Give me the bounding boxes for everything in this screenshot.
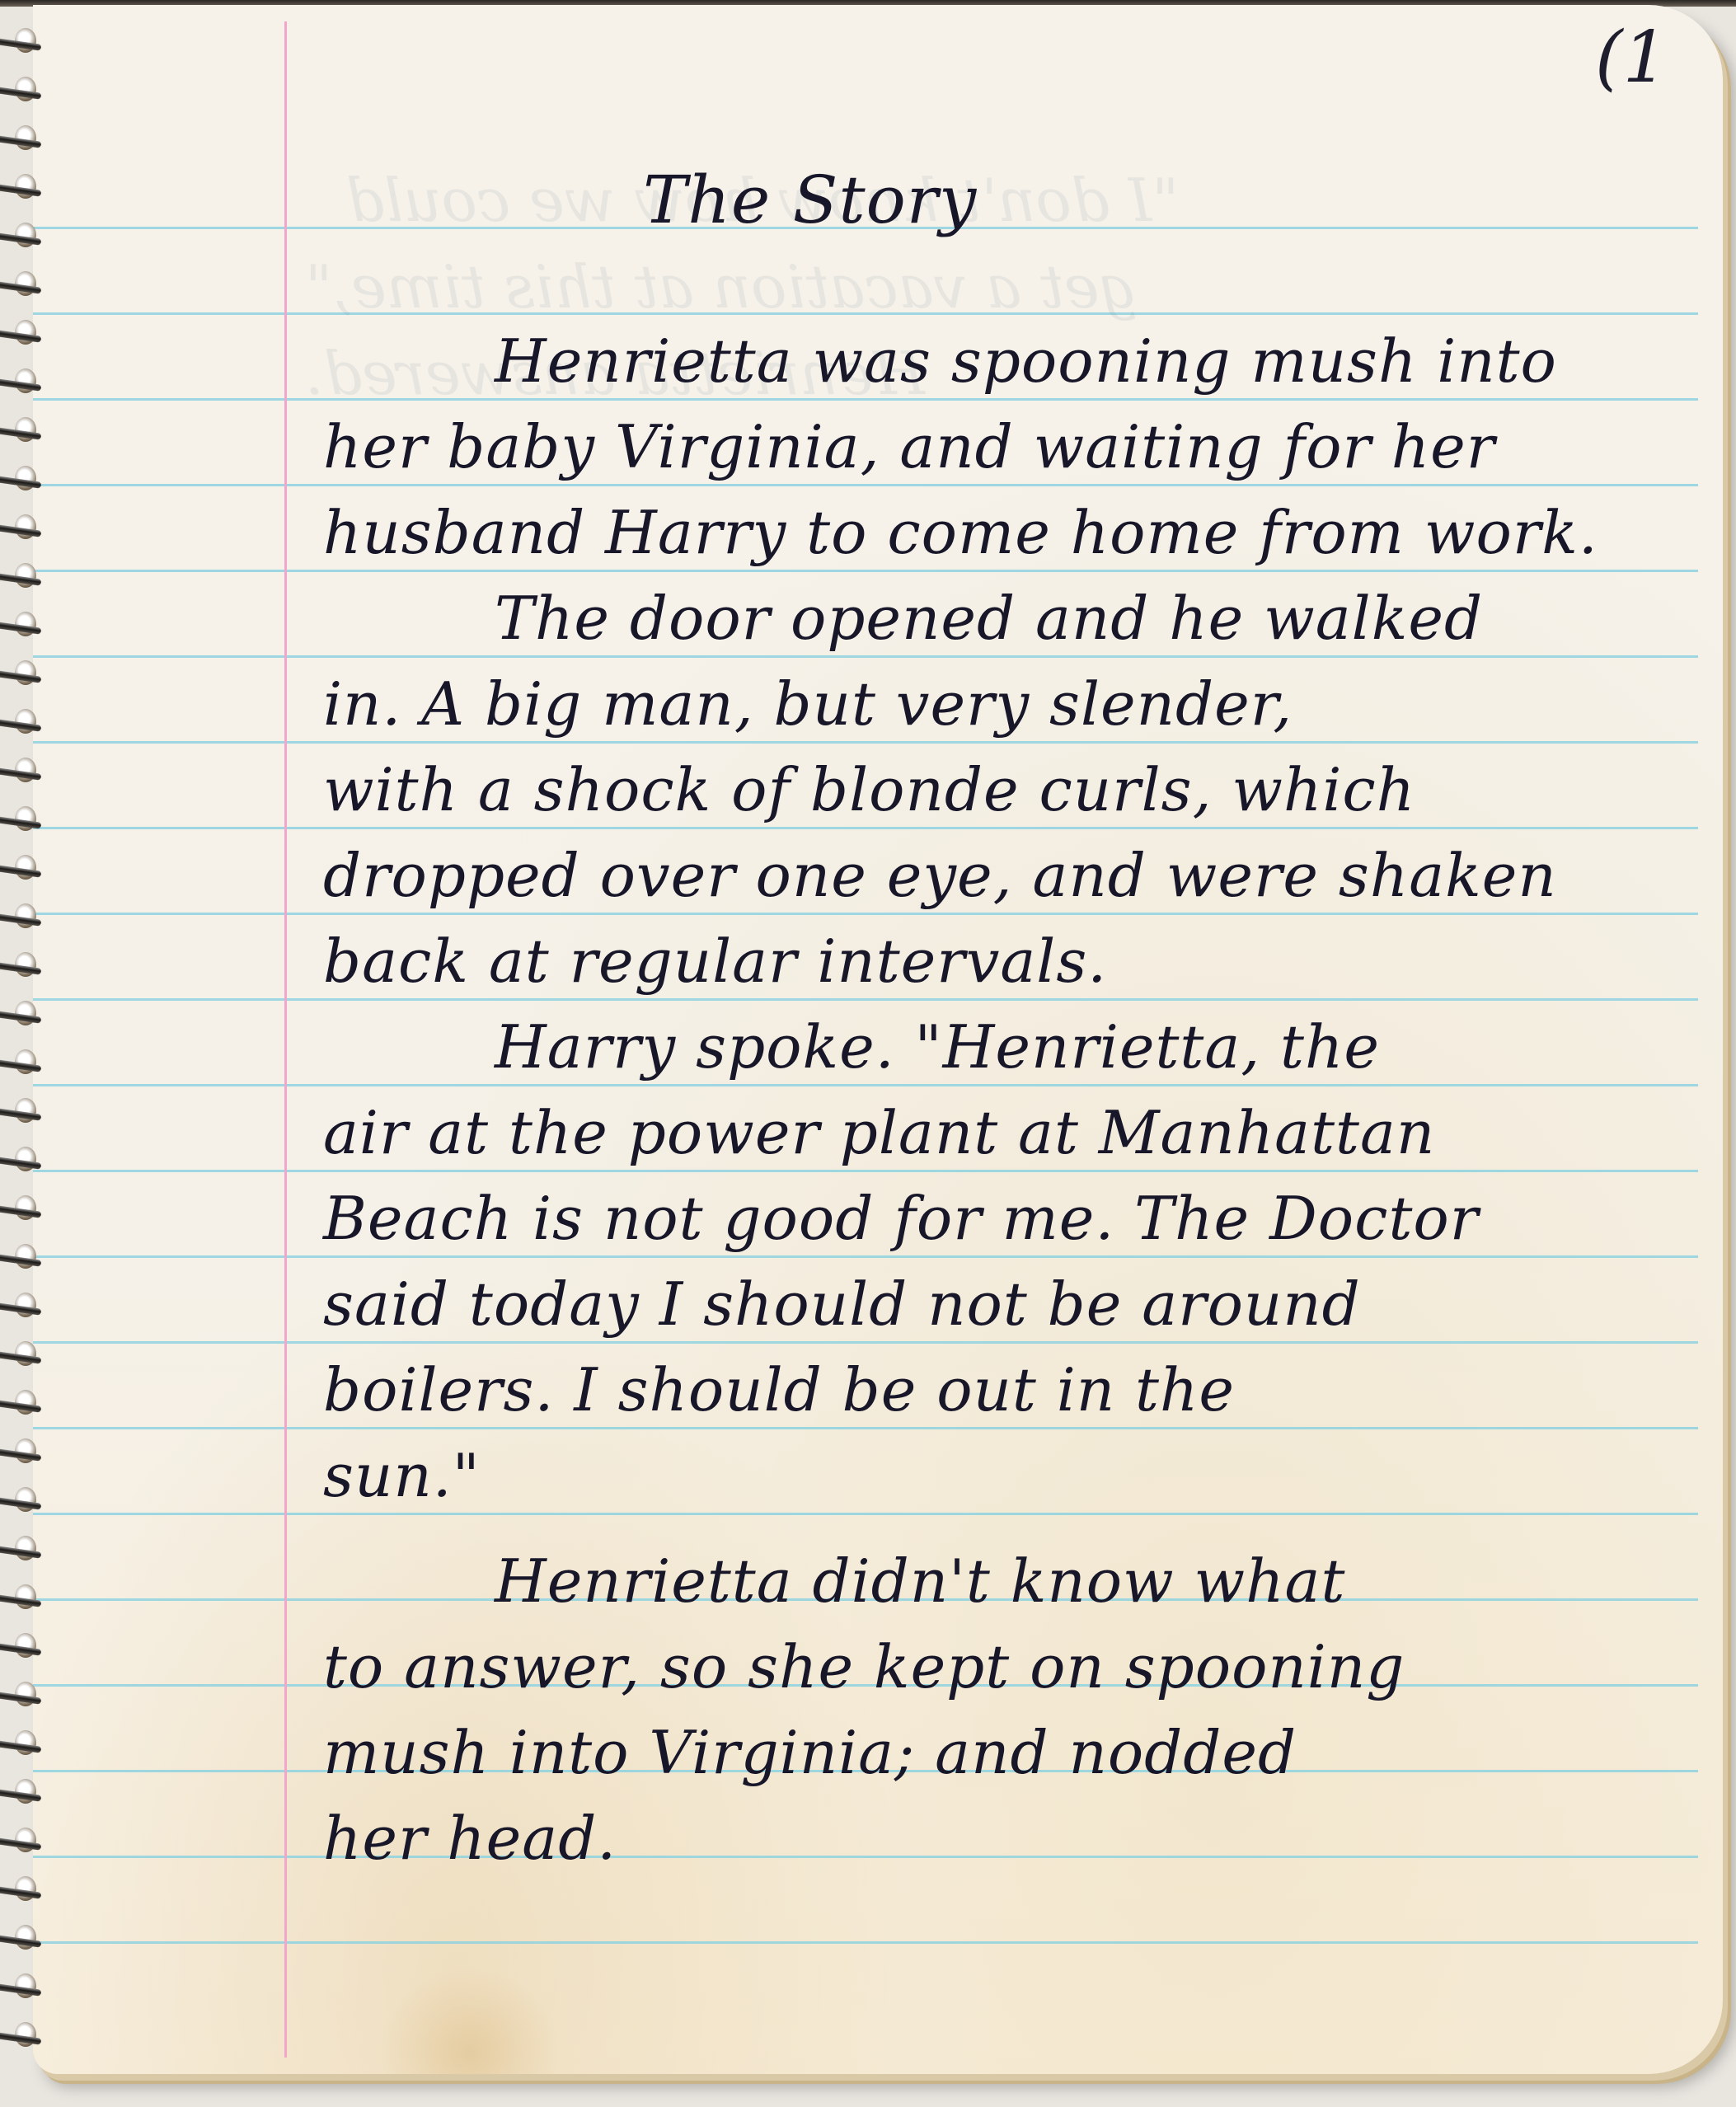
ruled-line xyxy=(33,1427,1698,1429)
spiral-coil xyxy=(0,1006,43,1030)
text-line: air at the power plant at Manhattan xyxy=(323,1098,1435,1167)
spiral-coil xyxy=(0,1395,43,1420)
spiral-coil xyxy=(0,1492,43,1517)
margin-line xyxy=(284,21,287,2058)
spiral-coil xyxy=(0,1881,43,1906)
text-line: boilers. I should be out in the xyxy=(323,1355,1235,1424)
spiral-coil xyxy=(0,1638,43,1663)
ruled-line xyxy=(33,1941,1698,1944)
spiral-coil xyxy=(0,1541,43,1565)
ruled-line xyxy=(33,1856,1698,1858)
text-line: Harry spoke. "Henrietta, the xyxy=(495,1012,1380,1082)
spiral-coil xyxy=(0,811,43,836)
spiral-coil xyxy=(0,1249,43,1274)
page-title: The Story xyxy=(643,162,977,238)
spiral-coil xyxy=(0,908,43,933)
spiral-coil xyxy=(0,1346,43,1371)
spiral-coil xyxy=(0,471,43,495)
text-line: Henrietta didn't know what xyxy=(495,1546,1345,1616)
text-line: back at regular intervals. xyxy=(323,927,1107,996)
spiral-coil xyxy=(0,1589,43,1614)
text-line: The door opened and he walked xyxy=(495,584,1483,653)
spiral-coil xyxy=(0,1784,43,1809)
spiral-coil xyxy=(0,1200,43,1225)
text-line: in. A big man, but very slender, xyxy=(323,669,1293,739)
spiral-coil xyxy=(0,1298,43,1322)
spiral-coil xyxy=(0,714,43,739)
ruled-line xyxy=(33,655,1698,658)
text-line: dropped over one eye, and were shaken xyxy=(323,841,1557,910)
spiral-coil xyxy=(0,276,43,301)
ruled-line xyxy=(33,913,1698,915)
spiral-coil xyxy=(0,373,43,398)
spiral-coil xyxy=(0,422,43,447)
text-line: Beach is not good for me. The Doctor xyxy=(323,1184,1479,1253)
spiral-coil xyxy=(0,957,43,982)
spiral-coil xyxy=(0,82,43,106)
spiral-coil xyxy=(0,325,43,350)
spiral-coil xyxy=(0,179,43,204)
text-line: husband Harry to come home from work. xyxy=(323,498,1598,567)
ruled-line xyxy=(33,1341,1698,1344)
water-stain xyxy=(379,1967,561,2074)
spiral-coil xyxy=(0,1103,43,1128)
spiral-coil xyxy=(0,228,43,252)
text-line: mush into Virginia; and nodded xyxy=(323,1718,1297,1787)
text-line: sun." xyxy=(323,1441,481,1510)
spiral-coil xyxy=(0,860,43,885)
spiral-coil xyxy=(0,130,43,155)
ruled-line xyxy=(33,827,1698,829)
spiral-coil xyxy=(0,1832,43,1857)
spiral-coil xyxy=(0,33,43,58)
ruled-line xyxy=(33,1255,1698,1258)
text-line: said today I should not be around xyxy=(323,1269,1361,1339)
text-line: with a shock of blonde curls, which xyxy=(323,755,1415,824)
spiral-coil xyxy=(0,568,43,593)
spiral-coil xyxy=(0,1930,43,1954)
page-number: (1 xyxy=(1595,16,1668,99)
spiral-coil xyxy=(0,665,43,690)
spiral-coil xyxy=(0,1735,43,1760)
text-line: her baby Virginia, and waiting for her xyxy=(323,412,1495,481)
spiral-binding xyxy=(0,8,58,2069)
spiral-coil xyxy=(0,2027,43,2052)
ruled-line xyxy=(33,998,1698,1001)
ruled-line xyxy=(33,570,1698,572)
spiral-coil xyxy=(0,1054,43,1079)
spiral-coil xyxy=(0,1687,43,1711)
text-line: her head. xyxy=(323,1804,617,1873)
ruled-line xyxy=(33,484,1698,486)
text-line: Henrietta was spooning mush into xyxy=(495,326,1557,396)
ruled-line xyxy=(33,1170,1698,1172)
spiral-coil xyxy=(0,1152,43,1176)
spiral-coil xyxy=(0,617,43,641)
spiral-coil xyxy=(0,519,43,544)
notebook-page: "I don't know how we could get a vacatio… xyxy=(33,5,1723,2074)
ruled-line xyxy=(33,1513,1698,1515)
spiral-coil xyxy=(0,1978,43,2003)
ruled-line xyxy=(33,741,1698,744)
spiral-coil xyxy=(0,763,43,787)
ruled-line xyxy=(33,1084,1698,1086)
text-line: to answer, so she kept on spooning xyxy=(323,1632,1405,1701)
show-through-text: get a vacation at this time," xyxy=(305,252,1138,321)
spiral-coil xyxy=(0,1443,43,1468)
